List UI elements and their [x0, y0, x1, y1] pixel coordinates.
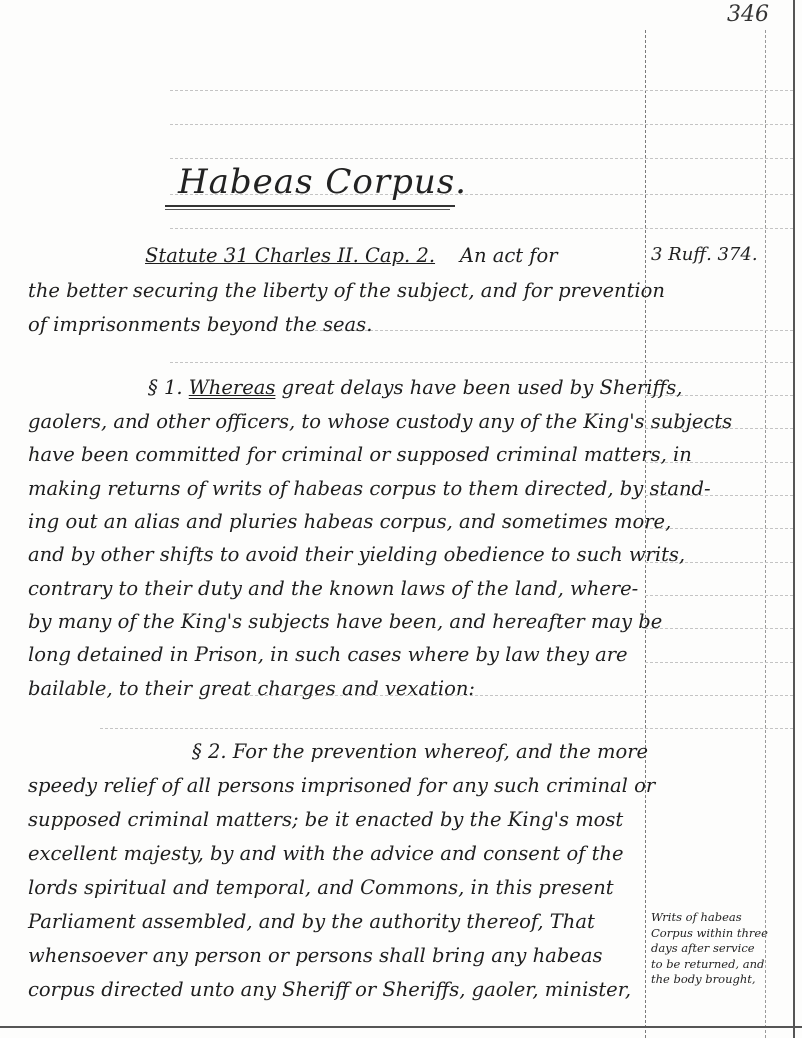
- text-line: ing out an alias and pluries habeas corp…: [28, 510, 648, 534]
- text-line: supposed criminal matters; be it enacted…: [28, 808, 648, 832]
- ruled-line: [170, 228, 793, 229]
- text-line: long detained in Prison, in such cases w…: [28, 643, 648, 667]
- side-note-line: days after service: [651, 941, 769, 957]
- text-line: whensoever any person or persons shall b…: [28, 944, 648, 968]
- title-underline-secondary: [165, 209, 450, 210]
- text-line: contrary to their duty and the known law…: [28, 577, 648, 601]
- ruled-line: [645, 595, 793, 596]
- inner-margin-rule: [765, 30, 766, 1038]
- side-note-line: Corpus within three: [651, 926, 769, 942]
- ruled-line: [170, 158, 793, 159]
- side-note-line: the body brought,: [651, 972, 769, 988]
- text-line: have been committed for criminal or supp…: [28, 443, 648, 467]
- text-line: the better securing the liberty of the s…: [28, 279, 648, 303]
- text-line: bailable, to their great charges and vex…: [28, 677, 648, 701]
- section-2-marker: § 2.: [192, 740, 227, 763]
- section-1-opening: § 1. Whereas great delays have been used…: [148, 376, 768, 400]
- side-note-line: Writs of habeas: [651, 910, 769, 926]
- text-line: making returns of writs of habeas corpus…: [28, 477, 648, 501]
- section-2-opening: § 2. For the prevention whereof, and the…: [192, 740, 802, 764]
- marginal-side-note: Writs of habeas Corpus within three days…: [651, 910, 769, 988]
- text-line: by many of the King's subjects have been…: [28, 610, 648, 634]
- section-1-marker: § 1.: [148, 376, 183, 399]
- section-2-line-rest: For the prevention whereof, and the more: [233, 740, 648, 763]
- ruled-line: [170, 124, 793, 125]
- margin-reference: 3 Ruff. 374.: [651, 244, 758, 265]
- manuscript-page: 346 Habeas Corpus. Statute 31 Charles II…: [0, 0, 802, 1038]
- ruled-line: [170, 90, 793, 91]
- section-1-line-rest: great delays have been used by Sheriffs,: [282, 376, 683, 399]
- text-line: speedy relief of all persons imprisoned …: [28, 774, 648, 798]
- text-line: excellent majesty, by and with the advic…: [28, 842, 648, 866]
- ruled-line: [645, 662, 793, 663]
- page-number: 346: [727, 2, 769, 27]
- page-title: Habeas Corpus.: [178, 162, 467, 202]
- text-line: of imprisonments beyond the seas.: [28, 313, 648, 337]
- bottom-rule: [0, 1026, 802, 1028]
- ruled-line: [170, 362, 793, 363]
- ruled-line: [645, 628, 793, 629]
- text-line: corpus directed unto any Sheriff or Sher…: [28, 978, 648, 1002]
- statute-heading-rest: An act for: [460, 244, 558, 267]
- page-edge-border: [793, 0, 795, 1038]
- text-line: Parliament assembled, and by the authori…: [28, 910, 648, 934]
- side-note-line: to be returned, and: [651, 957, 769, 973]
- section-1-lead-word: Whereas: [189, 376, 276, 399]
- text-line: gaolers, and other officers, to whose cu…: [28, 410, 648, 434]
- title-underline: [165, 205, 455, 207]
- text-line: and by other shifts to avoid their yield…: [28, 543, 648, 567]
- text-line: lords spiritual and temporal, and Common…: [28, 876, 648, 900]
- statute-citation: Statute 31 Charles II. Cap. 2.: [145, 244, 435, 267]
- ruled-line: [100, 728, 793, 729]
